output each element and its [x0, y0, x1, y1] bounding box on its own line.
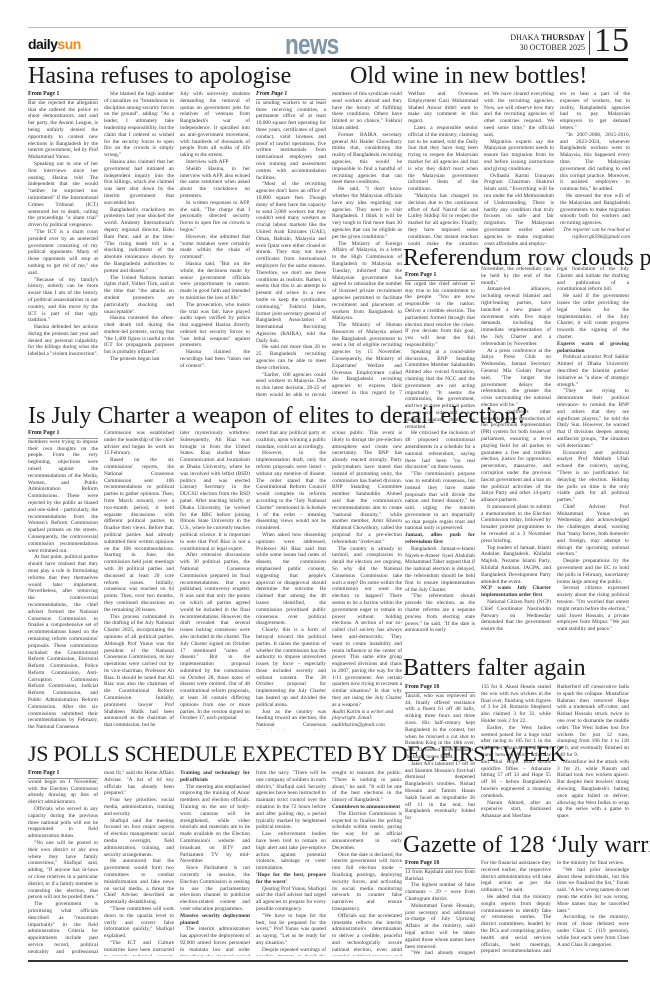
batters-column-3: Rutherford off consecutive balls to spar… — [557, 684, 629, 826]
headline-batters: Batters falter again — [403, 655, 586, 681]
gazette-column-1: From Page 16 13 from Rajshahi and two fr… — [405, 860, 475, 956]
js-polls-column-4: from the navy. "There will be one compan… — [256, 770, 326, 956]
referendum-column-3: legal foundation of the July Charter and… — [557, 266, 629, 647]
headline-hasina: Hasina refuses to apologise — [28, 63, 291, 89]
headline-old-wine: Old wine in new bottles! — [350, 63, 587, 89]
masthead-top-rule — [28, 27, 628, 28]
from-page-label: From Page 16 — [405, 684, 475, 693]
masthead-bottom-rule — [28, 58, 628, 61]
from-page-label: From Page 16 — [405, 860, 475, 869]
subheading: Massive security deployment planned — [180, 913, 250, 927]
headline-js-polls: JS POLLS SCHEDULE EXPECTED BY DEC FIRST … — [28, 742, 565, 766]
hasina-column-3: July with university students demanding … — [180, 91, 250, 399]
subheading: Countdown to announcement — [332, 804, 402, 811]
old-wine-column-2: members of this syndicate could send wor… — [332, 91, 402, 397]
logo-sun: sun — [57, 36, 80, 52]
july-charter-column-4: noted that any political party or coalit… — [256, 430, 326, 730]
js-polls-column-5: sought to reassure the public. "There is… — [332, 770, 402, 956]
referendum-column-2: November, the referendum can be held by … — [481, 266, 551, 647]
author-signature: Auditi Karim is a writer and playwright.… — [332, 709, 402, 729]
headline-july-charter: Is July Charter a weapon of elites to de… — [28, 403, 527, 429]
page-bottom-rule — [28, 960, 628, 962]
from-page-label: From Page 1 — [28, 91, 98, 100]
headline-gazette: Gazette of 128 ‘July warriors’ — [403, 832, 650, 858]
old-wine-column-1: From Page 1 in sending workers to at lea… — [256, 91, 326, 397]
dateline-date: 30 OCTOBER 2025 — [520, 43, 585, 52]
from-page-label: From Page 1 — [405, 272, 475, 281]
july-charter-column-3: later mysteriously withdrew. Subsequentl… — [180, 430, 250, 730]
from-page-label: From Page 1 — [28, 770, 98, 779]
daily-sun-logo: dailysun — [28, 36, 81, 52]
page-number-divider — [589, 31, 590, 55]
dateline-day: THURSDAY — [541, 33, 585, 42]
subheading: NCP wants July Charter implementation or… — [481, 585, 551, 599]
hasina-column-2: She blamed the high number of casualties… — [104, 91, 174, 399]
subheading: 'Hope for the best, prepare for the wors… — [256, 872, 326, 886]
july-charter-column-5: scious public. This event is likely to d… — [332, 430, 402, 740]
page-number: 15 — [594, 22, 630, 60]
old-wine-column-3: Welfare and Overseas Employment Gazi Moh… — [408, 91, 478, 247]
subheading: Experts warn of growing polarisation — [557, 341, 629, 355]
js-polls-column-1: From Page 1 would begin on 1 November, w… — [28, 770, 98, 956]
hasina-column-1: From Page 1 But she rejected the allegat… — [28, 91, 98, 399]
old-wine-column-4: ed. We have cleared everything with the … — [484, 91, 554, 247]
subheading: Training and technology for poll officia… — [180, 770, 250, 784]
old-wine-column-5: ers to bear a part of the expenses of wo… — [560, 91, 630, 247]
logo-daily: daily — [28, 36, 57, 52]
july-charter-column-2: Commission was established under the lea… — [104, 430, 174, 730]
js-polls-column-3: Training and technology for poll officia… — [180, 770, 250, 956]
gazette-column-2: For the financial assistance they receiv… — [481, 860, 551, 956]
from-page-label: From Page 1 — [28, 430, 98, 439]
july-charter-column-1: From Page 1 members were trying to impos… — [28, 430, 98, 730]
js-polls-column-2: most fit," said the Home Affairs Adviser… — [104, 770, 174, 956]
gazette-column-3: to the ministry for final review. "We ha… — [557, 860, 629, 956]
dateline: DHAKA THURSDAY 30 OCTOBER 2025 — [485, 33, 585, 53]
dateline-city: DHAKA — [510, 33, 538, 42]
from-page-label: From Page 1 — [256, 91, 326, 100]
reporter-signature: The reporter can be reached at rajibsrcg… — [560, 227, 630, 241]
referendum-column-1: From Page 1 He urged the chief adviser t… — [405, 272, 475, 647]
subheading: Jamaat, allies push for referendum first — [405, 532, 475, 546]
